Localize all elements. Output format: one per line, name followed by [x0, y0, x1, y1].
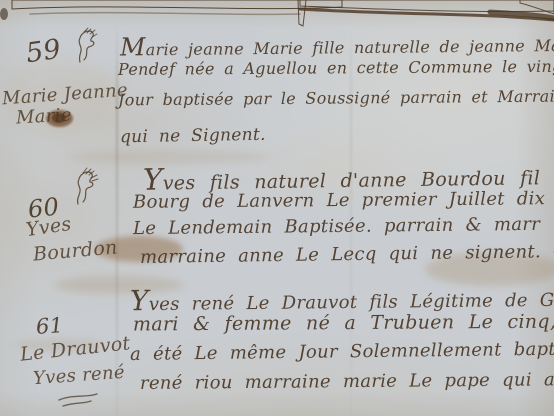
- profile-face-doodle: [70, 26, 102, 66]
- entry-60-text-line-2: Bourg de Lanvern Le premier Juillet dix: [133, 188, 545, 213]
- entry-59-text-line-3: Jour baptisée par le Soussigné parrain e…: [118, 86, 554, 110]
- entry-61-text-line-2: mari & femme né a Trubuen Le cinq, J: [133, 310, 554, 335]
- entry-61-text-line-3: a été Le même Jour Solemnellement baptis…: [130, 338, 554, 365]
- entry-61-text-line-4: rené riou marraine marie Le pape qui ave…: [140, 369, 554, 394]
- entry-59-text-line-2: Pendef née a Aguellou en cette Commune l…: [118, 56, 554, 79]
- entry-60-text-line-3: Le Lendemain Baptisée. parrain & marr: [133, 214, 540, 239]
- entry-59-margin-name-2: Marie: [15, 105, 72, 129]
- register-page-photo: 59 Marie Jeanne Marie Marie jeanne Marie…: [0, 0, 554, 416]
- entry-61-margin-number: 61: [35, 313, 64, 339]
- entry-60-margin-name-2: Bourdon: [32, 236, 118, 265]
- entry-61-margin-name-2: Yves rené: [32, 362, 125, 389]
- underline-flourish: [55, 392, 101, 410]
- profile-face-doodle: [68, 166, 102, 208]
- entry-59-margin-number: 59: [24, 34, 63, 70]
- entry-60-margin-name-1: Yves: [25, 213, 73, 241]
- entry-59-text-line-4: qui ne Signent.: [120, 125, 266, 148]
